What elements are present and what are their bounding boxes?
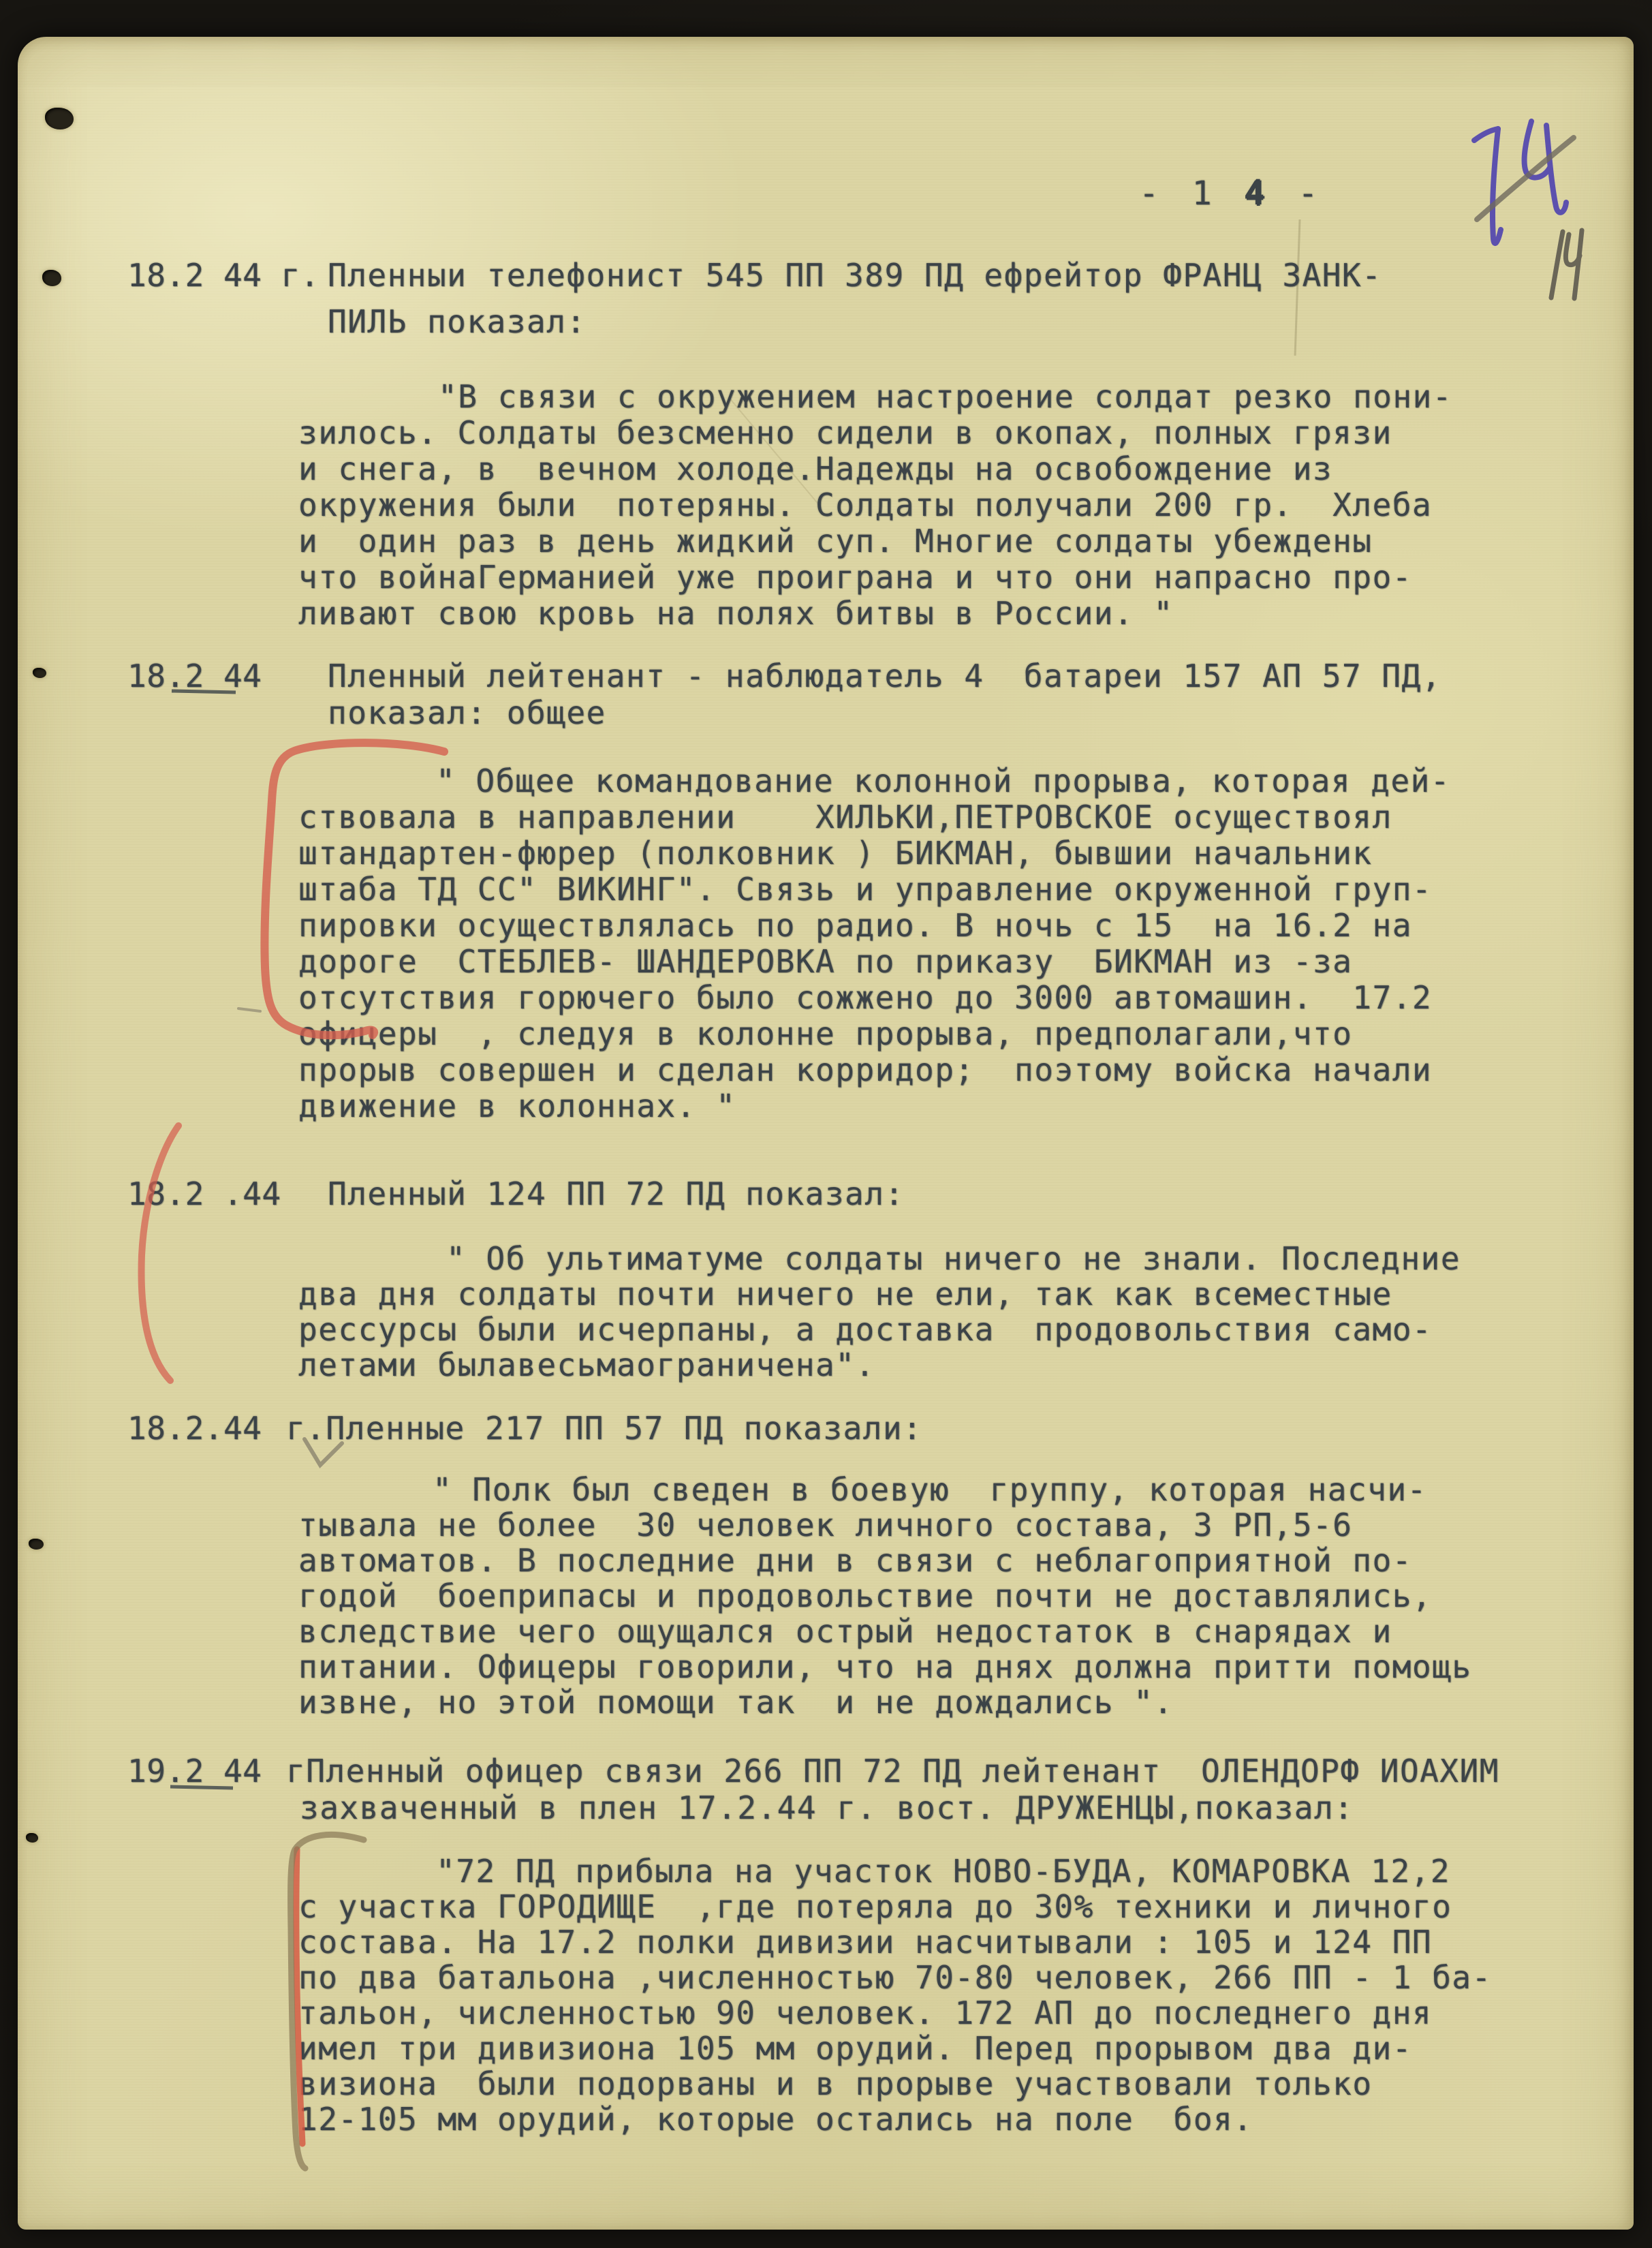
typed-line: зилось. Солдаты безсменно сидели в окопа… bbox=[298, 415, 1392, 450]
typed-line: автоматов. В последние дни в связи с неб… bbox=[298, 1543, 1412, 1578]
typed-line: два дня солдаты почти ничего не ели, так… bbox=[298, 1276, 1392, 1312]
typed-line: окружения были потеряны. Солдаты получал… bbox=[298, 487, 1432, 523]
staple-hole bbox=[45, 108, 74, 129]
staple-hole bbox=[29, 1539, 44, 1550]
staple-hole bbox=[33, 668, 46, 678]
typed-line: с участка ГОРОДИЩЕ ,где потеряла до 30% … bbox=[298, 1889, 1452, 1924]
typed-line: Пленный лейтенант - наблюдатель 4 батаре… bbox=[328, 658, 1441, 694]
staple-hole bbox=[26, 1833, 38, 1843]
typed-line: 12-105 мм орудий, которые остались на по… bbox=[298, 2101, 1253, 2137]
typed-line: отсутствия горючего было сожжено до 3000… bbox=[298, 980, 1432, 1015]
date-label: 18.2 44 bbox=[127, 658, 262, 694]
overstruck-digit: 4 bbox=[1245, 174, 1272, 213]
typed-line: ствовала в направлении ХИЛЬКИ,ПЕТРОВСКОЕ… bbox=[298, 799, 1392, 835]
typed-line: тальон, численностью 90 человек. 172 АП … bbox=[298, 1995, 1432, 2031]
typed-line: захваченный в плен 17.2.44 г. вост. ДРУЖ… bbox=[300, 1790, 1354, 1826]
scanned-document-photo: { "page": { "page_number": {"prefix": "-… bbox=[0, 0, 1652, 2248]
typed-line: прорыв совершен и сделан корридор; поэто… bbox=[298, 1052, 1432, 1088]
typed-line: годой боеприпасы и продовольствие почти … bbox=[298, 1578, 1432, 1614]
typed-line: гПленный офицер связи 266 ПП 72 ПД лейте… bbox=[286, 1753, 1499, 1789]
typed-line: летами былавесьмаограничена". bbox=[298, 1347, 875, 1383]
typed-line: имел три дивизиона 105 мм орудий. Перед … bbox=[298, 2031, 1412, 2066]
date-label: 19.2 44 bbox=[127, 1753, 262, 1789]
typed-line: ПИЛЬ показал: bbox=[328, 304, 587, 339]
typed-line: ливают свою кровь на полях битвы в Росси… bbox=[298, 596, 1174, 631]
typed-line: рессурсы были исчерпаны, а доставка прод… bbox=[298, 1312, 1432, 1347]
typed-line: Пленныи телефонист 545 ПП 389 ПД ефрейто… bbox=[328, 258, 1382, 293]
typed-line: "В связи с окружением настроение солдат … bbox=[438, 379, 1452, 414]
typed-line: г.Пленные 217 ПП 57 ПД показали: bbox=[286, 1411, 922, 1446]
typed-line: по два батальона ,численностью 70-80 чел… bbox=[298, 1960, 1492, 1995]
typed-line: дороге СТЕБЛЕВ- ШАНДЕРОВКА по приказу БИ… bbox=[298, 944, 1352, 979]
typed-line: штаба ТД СС" ВИКИНГ". Связь и управление… bbox=[298, 872, 1432, 907]
page-number: - 1 4 - bbox=[1139, 174, 1324, 213]
typed-line: и один раз в день жидкий суп. Многие сол… bbox=[298, 523, 1373, 559]
typed-line: состава. На 17.2 полки дивизии насчитыва… bbox=[298, 1924, 1432, 1960]
typed-line: "72 ПД прибыла на участок НОВО-БУДА, КОМ… bbox=[436, 1853, 1450, 1889]
typed-line: Пленный 124 ПП 72 ПД показал: bbox=[328, 1176, 905, 1212]
date-label: 18.2 44 г. bbox=[127, 258, 320, 293]
date-label: 18.2.44 bbox=[127, 1411, 262, 1446]
typed-line: что войнаГерманией уже проиграна и что о… bbox=[298, 559, 1412, 595]
typed-line: " Общее командование колонной прорыва, к… bbox=[436, 763, 1450, 799]
date-label: 18.2 .44 bbox=[127, 1176, 281, 1212]
typed-line: движение в колоннах. " bbox=[298, 1088, 736, 1124]
typed-line: пировки осуществлялась по радио. В ночь … bbox=[298, 908, 1412, 943]
typed-line: и снега, в вечном холоде.Надежды на осво… bbox=[298, 451, 1332, 487]
typed-line: визиона были подорваны и в прорыве участ… bbox=[298, 2066, 1373, 2101]
typed-line: офицеры , следуя в колонне прорыва, пред… bbox=[298, 1016, 1352, 1051]
typed-line: извне, но этой помощи так и не дождались… bbox=[298, 1684, 1174, 1720]
staple-hole bbox=[42, 270, 61, 286]
typed-line: вследствие чего ощущался острый недостат… bbox=[298, 1614, 1392, 1649]
typed-line: " Полк был сведен в боевую группу, котор… bbox=[433, 1472, 1427, 1507]
typed-line: штандартен-фюрер (полковник ) БИКМАН, бы… bbox=[298, 835, 1373, 871]
typed-line: " Об ультиматуме солдаты ничего не знали… bbox=[446, 1241, 1461, 1276]
typed-line: тывала не более 30 человек личного соста… bbox=[298, 1507, 1352, 1543]
typed-line: питании. Офицеры говорили, что на днях д… bbox=[298, 1649, 1471, 1684]
typed-line: показал: общее bbox=[328, 695, 606, 730]
